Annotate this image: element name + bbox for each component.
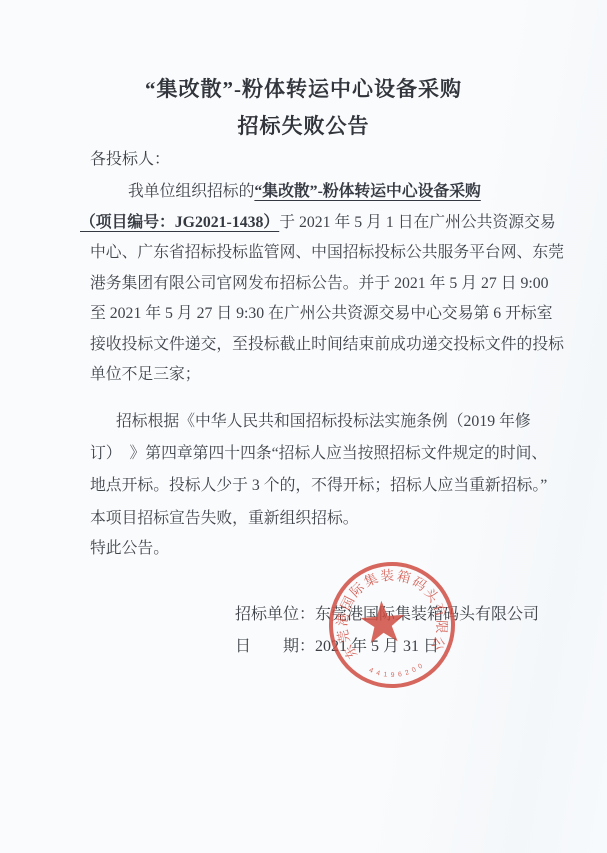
body-line-4: 港务集团有限公司官网发布招标公告。并于 2021 年 5 月 27 日 9:00 — [90, 269, 547, 300]
project-name-underlined: “集改散”-粉体转运中心设备采购 — [254, 183, 480, 200]
body-line-9: 订） 》第四章第四十四条“招标人应当按照招标文件规定的时间、 — [90, 438, 547, 470]
date-label: 日 期： — [235, 638, 315, 655]
body-line-11: 本项目招标宣告失败，重新组织招标。 — [90, 503, 547, 535]
body-line-7: 单位不足三家； — [90, 360, 547, 391]
text-run: 我单位组织招标的 — [128, 183, 254, 200]
seal-star-icon — [359, 599, 406, 644]
company-seal-stamp-icon: 东莞港国际集装箱码头有限公司 4419620011560 — [322, 555, 462, 695]
title-line-1: “集改散”-粉体转运中心设备采购 — [0, 71, 607, 108]
body-line-1: 我单位组织招标的“集改散”-粉体转运中心设备采购 — [90, 177, 547, 208]
closing-line: 特此公告。 — [90, 535, 169, 558]
salutation: 各投标人： — [90, 146, 170, 169]
body-line-8: 招标根据《中华人民共和国招标投标法实施条例（2019 年修 — [90, 406, 547, 438]
org-label: 招标单位： — [235, 606, 315, 623]
body-line-2: （项目编号：JG2021-1438）于 2021 年 5 月 1 日在广州公共资… — [80, 208, 547, 239]
paragraph-1: 我单位组织招标的“集改散”-粉体转运中心设备采购 （项目编号：JG2021-14… — [90, 177, 547, 391]
body-line-3: 中心、广东省招标投标监管网、中国招标投标公共服务平台网、东莞 — [90, 238, 547, 269]
seal-company-name: 东莞港国际集装箱码头有限公司 — [322, 555, 452, 664]
text-run: 于 2021 年 5 月 1 日在广州公共资源交易 — [279, 214, 555, 231]
announcement-document: “集改散”-粉体转运中心设备采购 招标失败公告 各投标人： 我单位组织招标的“集… — [0, 0, 607, 853]
title-line-2: 招标失败公告 — [0, 108, 607, 145]
document-title: “集改散”-粉体转运中心设备采购 招标失败公告 — [0, 71, 607, 145]
project-number-underlined: （项目编号：JG2021-1438） — [80, 214, 279, 231]
body-line-6: 接收投标文件递交，至投标截止时间结束前成功递交投标文件的投标 — [90, 330, 547, 361]
body-line-10: 地点开标。投标人少于 3 个的，不得开标；招标人应当重新招标。” — [90, 470, 547, 502]
body-line-5: 至 2021 年 5 月 27 日 9:30 在广州公共资源交易中心交易第 6 … — [90, 299, 547, 330]
paragraph-2: 招标根据《中华人民共和国招标投标法实施条例（2019 年修 订） 》第四章第四十… — [90, 406, 547, 535]
